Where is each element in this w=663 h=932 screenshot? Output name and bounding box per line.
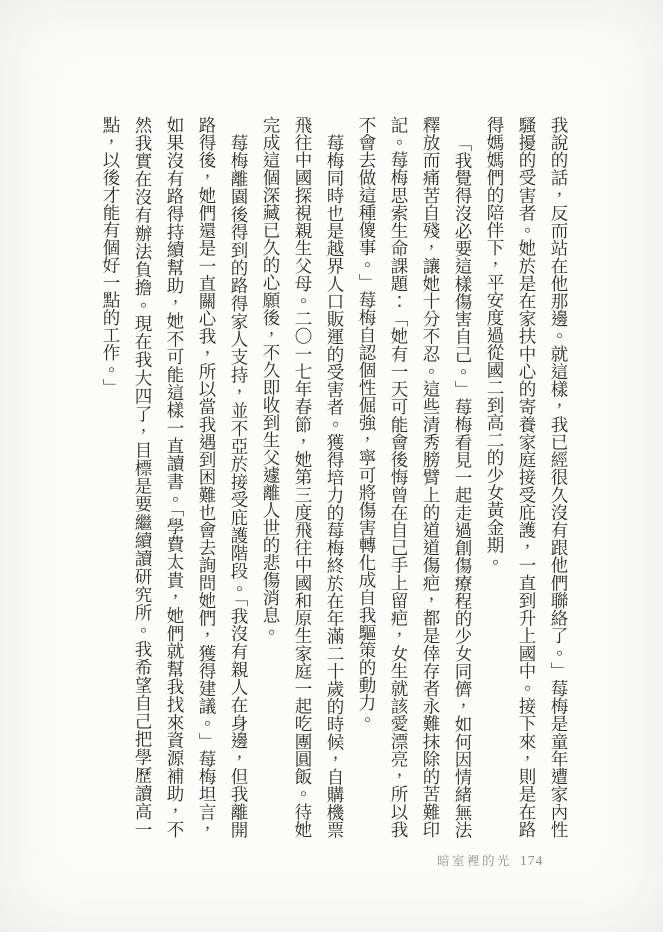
page-footer: 暗室裡的光 174: [437, 851, 543, 869]
book-page: 我說的話，反而站在他那邊。就這樣，我已經很久沒有跟他們聯絡了。」莓梅是童年遭家內…: [0, 0, 663, 932]
body-text: 我說的話，反而站在他那邊。就這樣，我已經很久沒有跟他們聯絡了。」莓梅是童年遭家內…: [95, 116, 575, 838]
running-title: 暗室裡的光: [437, 851, 512, 869]
body-paragraph: 莓梅離園後得到的路得家人支持，並不亞於接受庇護階段。「我沒有親人在身邊，但我離開…: [95, 116, 255, 838]
page-number: 174: [520, 853, 543, 869]
body-paragraph: 莓梅同時也是越界人口販運的受害者。獲得培力的莓梅終於在年滿二十歲的時候，自購機票…: [255, 116, 351, 838]
body-paragraph: 「我覺得沒必要這樣傷害自己。」莓梅看見一起走過創傷療程的少女同儕，如何因情緒無法…: [351, 116, 479, 838]
body-paragraph: 我說的話，反而站在他那邊。就這樣，我已經很久沒有跟他們聯絡了。」莓梅是童年遭家內…: [479, 116, 575, 838]
